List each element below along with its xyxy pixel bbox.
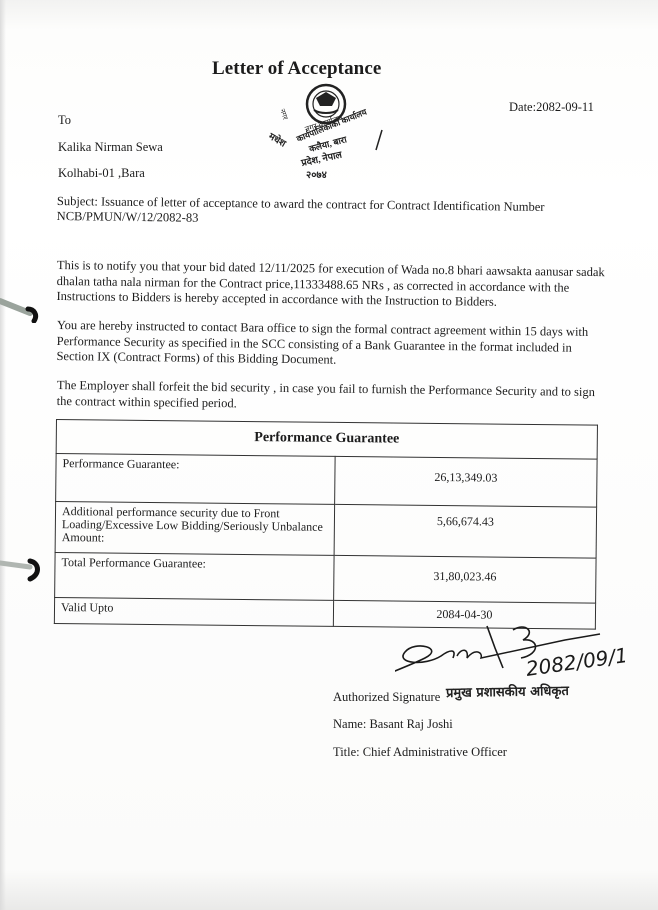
performance-guarantee-table: Performance Guarantee Performance Guaran… bbox=[54, 419, 598, 630]
page-edge-shadow bbox=[0, 0, 6, 910]
recipient-address: Kolhabi-01 ,Bara bbox=[58, 166, 145, 181]
signatory-name: Name: Basant Raj Joshi bbox=[333, 717, 453, 732]
binder-ring-icon bbox=[0, 295, 60, 323]
row-label: Total Performance Guarantee: bbox=[55, 552, 334, 600]
forfeit-paragraph: The Employer shall forfeit the bid secur… bbox=[57, 378, 609, 416]
svg-text:प्रदेश, नेपाल: प्रदेश, नेपाल bbox=[299, 149, 343, 170]
document-title: Letter of Acceptance bbox=[212, 58, 381, 80]
letter-page: Letter of Acceptance Date:2082-09-11 नगर… bbox=[0, 0, 658, 910]
svg-text:२०७४: २०७४ bbox=[306, 170, 327, 180]
row-value: 5,66,674.43 bbox=[334, 504, 597, 558]
notification-paragraph: This is to notify you that your bid date… bbox=[56, 258, 609, 312]
authorized-signature-label: Authorized Signature bbox=[333, 690, 440, 705]
municipality-seal-icon: नगर नगर कार्यालय कार्यपालिकाको कार्यालय … bbox=[262, 80, 392, 180]
row-value: 31,80,023.46 bbox=[334, 555, 596, 603]
table-row: Additional performance security due to F… bbox=[55, 502, 597, 559]
table-row: Performance Guarantee: 26,13,349.03 bbox=[56, 454, 597, 508]
svg-text:2082/09/11: 2082/09/11 bbox=[524, 641, 625, 681]
row-value: 26,13,349.03 bbox=[335, 456, 597, 507]
recipient-to: To bbox=[58, 113, 71, 128]
designation-stamp: प्रमुख प्रशासकीय अधिकृत bbox=[446, 681, 569, 701]
row-label: Performance Guarantee: bbox=[56, 454, 335, 505]
instruction-paragraph: You are hereby instructed to contact Bar… bbox=[56, 318, 609, 372]
signatory-title: Title: Chief Administrative Officer bbox=[333, 745, 507, 760]
table-heading: Performance Guarantee bbox=[56, 420, 597, 460]
table-row: Total Performance Guarantee: 31,80,023.4… bbox=[55, 552, 596, 603]
row-label: Valid Upto bbox=[54, 597, 333, 626]
recipient-name: Kalika Nirman Sewa bbox=[58, 140, 163, 155]
row-label: Additional performance security due to F… bbox=[55, 502, 335, 556]
svg-text:मधेश: मधेश bbox=[266, 130, 289, 150]
svg-text:नगर: नगर bbox=[278, 108, 289, 121]
subject-line: Subject: Issuance of letter of acceptanc… bbox=[57, 194, 617, 231]
letter-date: Date:2082-09-11 bbox=[509, 100, 594, 115]
binder-ring-icon bbox=[0, 555, 60, 583]
handwritten-signature: 2082/09/11 bbox=[395, 618, 625, 690]
